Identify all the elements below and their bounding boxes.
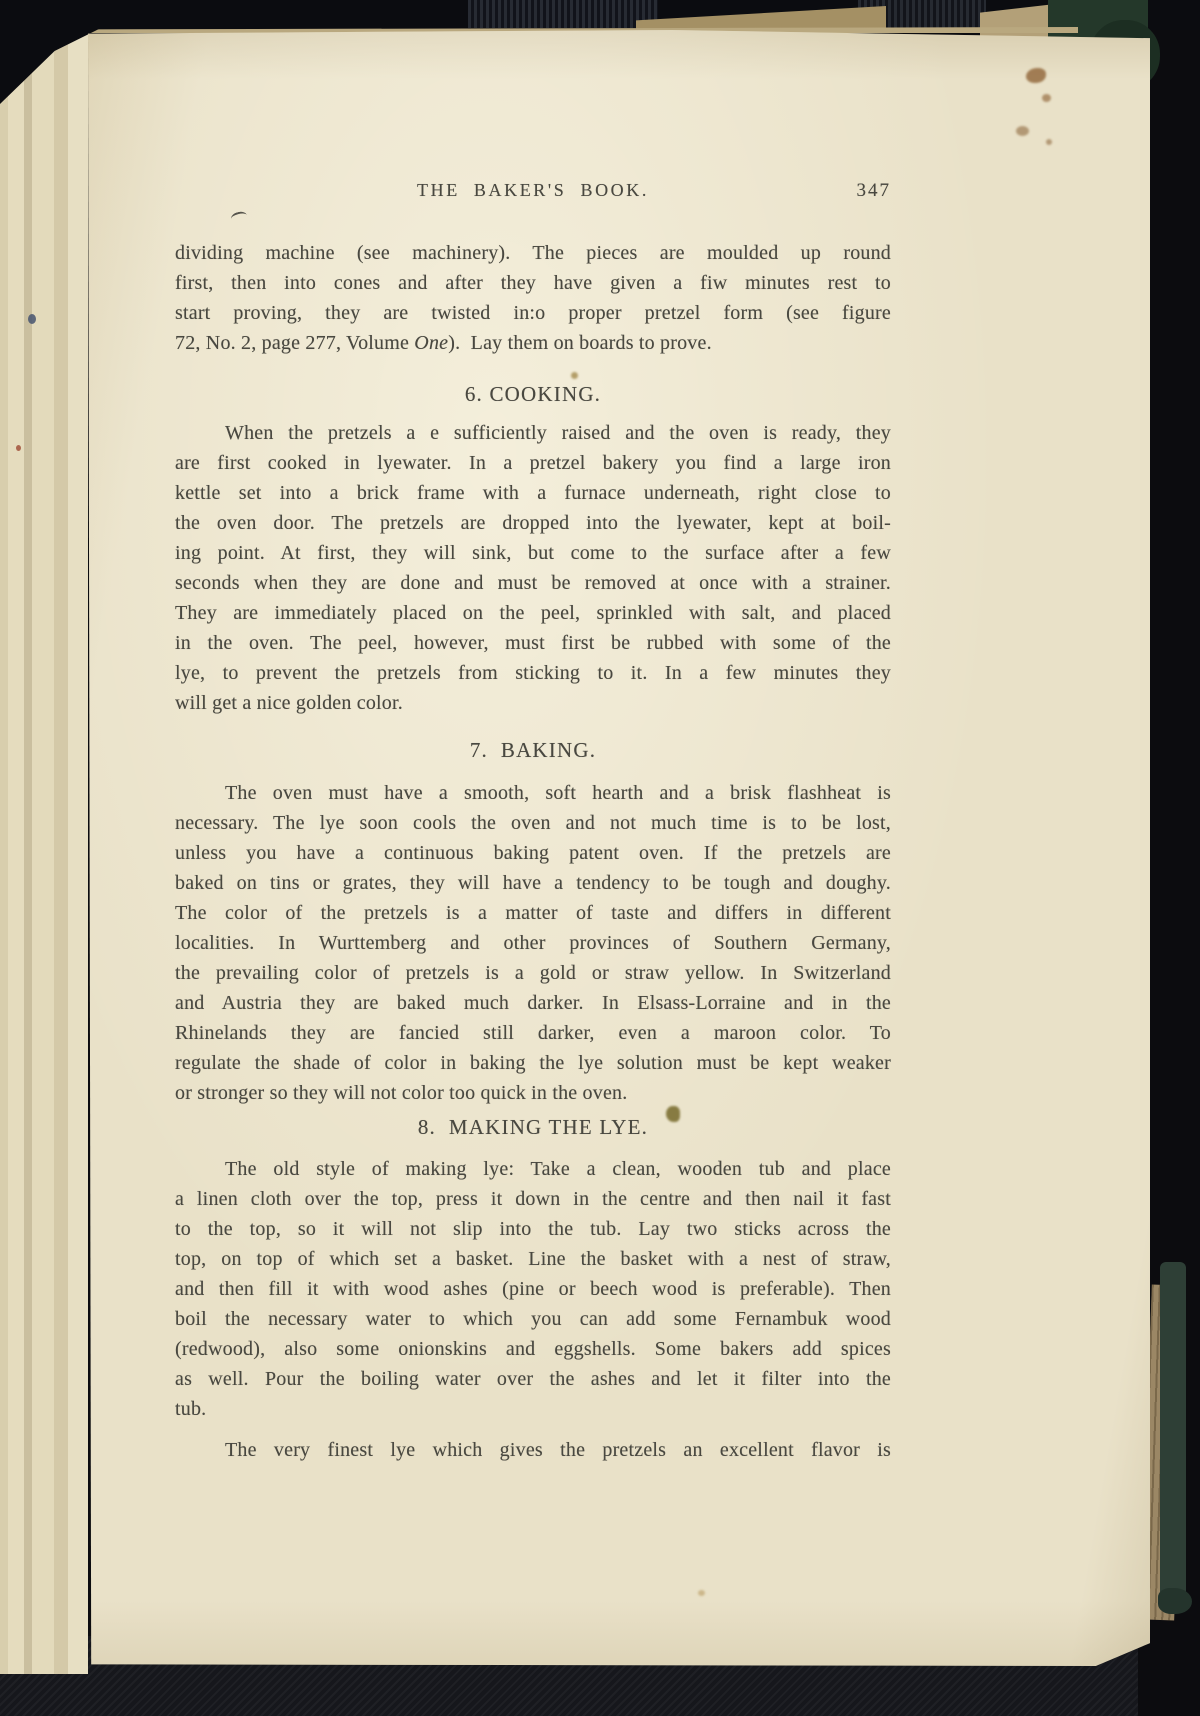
text-line: regulate the shade of color in baking th… bbox=[175, 1048, 891, 1078]
text-line: top, on top of which set a basket. Line … bbox=[175, 1244, 891, 1274]
paragraph: The very finest lye which gives the pret… bbox=[175, 1435, 891, 1465]
paragraph: The oven must have a smooth, soft hearth… bbox=[175, 778, 891, 1108]
text-line: a linen cloth over the top, press it dow… bbox=[175, 1184, 891, 1214]
edge-ink-mark bbox=[28, 314, 36, 324]
page-number: 347 bbox=[857, 180, 892, 202]
text-line: The very finest lye which gives the pret… bbox=[175, 1435, 891, 1465]
cover-strap-hook bbox=[1158, 1588, 1192, 1614]
text-line: They are immediately placed on the peel,… bbox=[175, 598, 891, 628]
ribbed-binding-left bbox=[468, 0, 658, 28]
text-block: THE BAKER'S BOOK. 347 dividing machine (… bbox=[175, 30, 891, 1666]
text-line: The oven must have a smooth, soft hearth… bbox=[175, 778, 891, 808]
text-line: lye, to prevent the pretzels from sticki… bbox=[175, 658, 891, 688]
text-line: necessary. The lye soon cools the oven a… bbox=[175, 808, 891, 838]
section-heading-baking: 7. BAKING. bbox=[175, 738, 891, 763]
foxing-stain bbox=[1042, 94, 1051, 102]
text-line: are first cooked in lyewater. In a pretz… bbox=[175, 448, 891, 478]
text-line: (redwood), also some onionskins and eggs… bbox=[175, 1334, 891, 1364]
text-line: The color of the pretzels is a matter of… bbox=[175, 898, 891, 928]
text-line: will get a nice golden color. bbox=[175, 688, 891, 718]
text-line: the oven door. The pretzels are dropped … bbox=[175, 508, 891, 538]
cover-strap bbox=[1160, 1262, 1186, 1602]
text-segment: 72, No. 2, page 277, Volume bbox=[175, 332, 414, 354]
text-line: the prevailing color of pretzels is a go… bbox=[175, 958, 891, 988]
text-line: tub. bbox=[175, 1394, 891, 1424]
text-line: dividing machine (see machinery). The pi… bbox=[175, 238, 891, 268]
paragraph: When the pretzels a e sufficiently raise… bbox=[175, 418, 891, 718]
text-line: kettle set into a brick frame with a fur… bbox=[175, 478, 891, 508]
paragraph: dividing machine (see machinery). The pi… bbox=[175, 238, 891, 358]
book-page: THE BAKER'S BOOK. 347 dividing machine (… bbox=[88, 30, 1150, 1666]
text-line: unless you have a continuous baking pate… bbox=[175, 838, 891, 868]
text-line: or stronger so they will not color too q… bbox=[175, 1078, 891, 1108]
text-line: in the oven. The peel, however, must fir… bbox=[175, 628, 891, 658]
running-head: THE BAKER'S BOOK. 347 bbox=[175, 180, 891, 201]
running-head-title: THE BAKER'S BOOK. bbox=[417, 180, 649, 200]
book-scan: { "colors":{ "page_bg":"#e9e1c8", "ink":… bbox=[0, 0, 1200, 1716]
foxing-stain bbox=[1046, 139, 1052, 145]
section-heading-cooking: 6. COOKING. bbox=[175, 382, 891, 407]
stacked-page-edges bbox=[0, 28, 88, 1674]
text-line: When the pretzels a e sufficiently raise… bbox=[175, 418, 891, 448]
text-line: first, then into cones and after they ha… bbox=[175, 268, 891, 298]
text-line: localities. In Wurttemberg and other pro… bbox=[175, 928, 891, 958]
text-line: as well. Pour the boiling water over the… bbox=[175, 1364, 891, 1394]
foxing-stain bbox=[1026, 68, 1046, 83]
text-line: 72, No. 2, page 277, Volume One). Lay th… bbox=[175, 328, 891, 358]
text-line: The old style of making lye: Take a clea… bbox=[175, 1154, 891, 1184]
text-line: and Austria they are baked much darker. … bbox=[175, 988, 891, 1018]
text-line: baked on tins or grates, they will have … bbox=[175, 868, 891, 898]
text-line: boil the necessary water to which you ca… bbox=[175, 1304, 891, 1334]
text-segment: ). Lay them on boards to prove. bbox=[448, 332, 712, 354]
edge-ink-mark bbox=[16, 445, 21, 451]
text-line: and then fill it with wood ashes (pine o… bbox=[175, 1274, 891, 1304]
section-heading-making-the-lye: 8. MAKING THE LYE. bbox=[175, 1115, 891, 1140]
paragraph: The old style of making lye: Take a clea… bbox=[175, 1154, 891, 1424]
text-line: seconds when they are done and must be r… bbox=[175, 568, 891, 598]
text-line: Rhinelands they are fancied still darker… bbox=[175, 1018, 891, 1048]
text-line: ing point. At first, they will sink, but… bbox=[175, 538, 891, 568]
text-line: to the top, so it will not slip into the… bbox=[175, 1214, 891, 1244]
text-segment-italic: One bbox=[414, 332, 448, 354]
text-line: start proving, they are twisted in:o pro… bbox=[175, 298, 891, 328]
foxing-stain bbox=[1016, 126, 1029, 136]
